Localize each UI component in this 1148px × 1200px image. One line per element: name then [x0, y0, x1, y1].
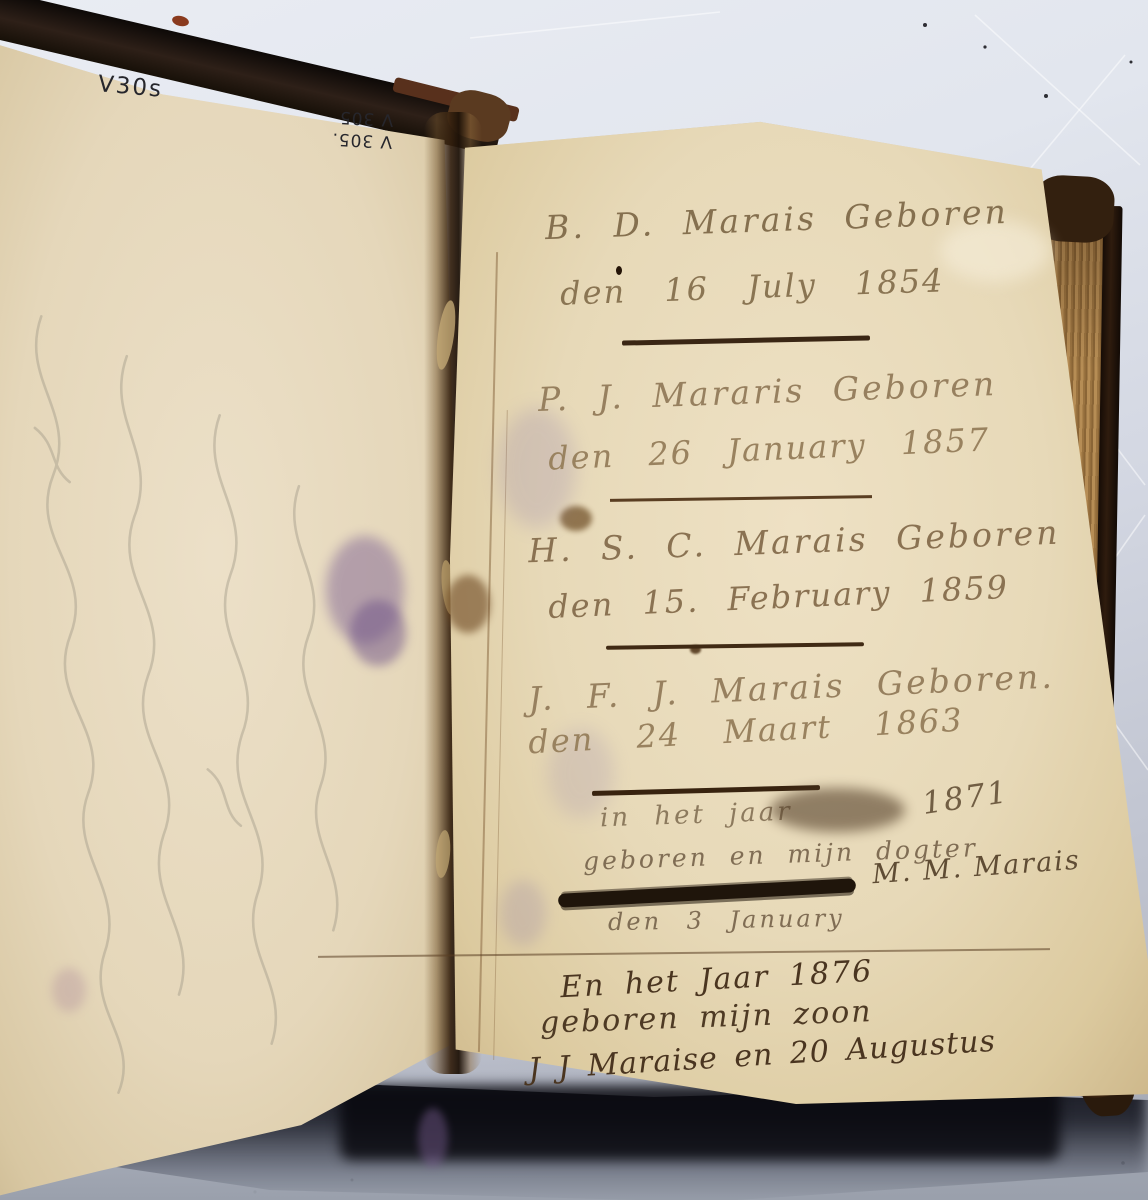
- catalog-mark-inverted: V 305. V 305: [331, 106, 394, 151]
- note-1871-line4: den 3 January: [608, 904, 845, 936]
- purple-tint-right-page-3: [500, 880, 546, 946]
- ink-smudge-1871: [770, 788, 905, 832]
- brown-blotch-2: [446, 575, 490, 633]
- catalog-mark-top: V30s: [97, 71, 164, 103]
- catalog-mark-inverted-line2: V 305: [332, 106, 394, 129]
- purple-ink-stain-small: [350, 600, 406, 666]
- purple-stain-gutter-bottom: [418, 1108, 448, 1168]
- purple-stain-corner: [52, 968, 86, 1012]
- photo-of-open-antique-book: V30s V 305. V 305 B. D. Marais Geboren d…: [0, 0, 1148, 1200]
- catalog-mark-inverted-line1: V 305.: [331, 128, 393, 151]
